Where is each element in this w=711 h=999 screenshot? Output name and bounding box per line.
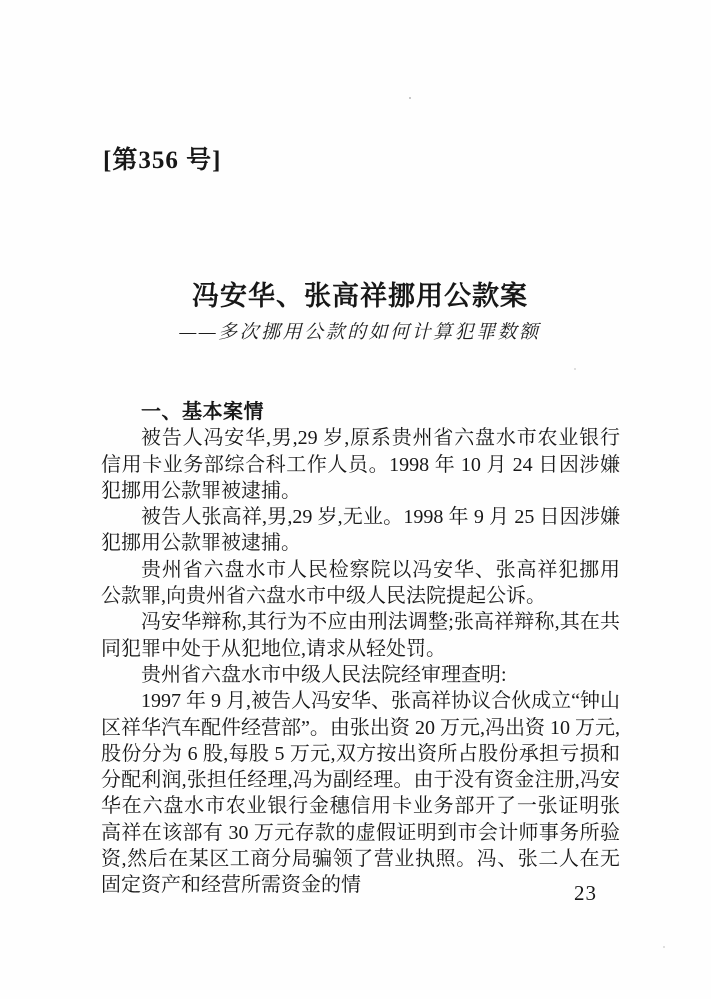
paragraph-prosecution: 贵州省六盘水市人民检察院以冯安华、张高祥犯挪用公款罪,向贵州省六盘水市中级人民法… <box>101 557 620 610</box>
case-number-label: [第356 号] <box>103 140 221 176</box>
scan-speck <box>663 946 665 948</box>
paragraph-defendant-feng: 被告人冯安华,男,29 岁,原系贵州省六盘水市农业银行信用卡业务部综合科工作人员… <box>101 425 620 504</box>
case-title: 冯安华、张高祥挪用公款案 <box>100 280 620 312</box>
scan-speck <box>409 97 411 99</box>
title-block: 冯安华、张高祥挪用公款案 ——多次挪用公款的如何计算犯罪数额 <box>100 280 620 345</box>
page-number: 23 <box>574 881 597 906</box>
case-subtitle: ——多次挪用公款的如何计算犯罪数额 <box>100 321 620 345</box>
scan-speck <box>574 368 576 370</box>
paragraph-court-findings-intro: 贵州省六盘水市中级人民法院经审理查明: <box>101 662 620 688</box>
body-text: 一、基本案情 被告人冯安华,男,29 岁,原系贵州省六盘水市农业银行信用卡业务部… <box>101 399 620 899</box>
section-heading: 一、基本案情 <box>101 399 620 425</box>
document-page: [第356 号] 冯安华、张高祥挪用公款案 ——多次挪用公款的如何计算犯罪数额 … <box>0 0 711 999</box>
paragraph-facts-partnership: 1997 年 9 月,被告人冯安华、张高祥协议合伙成立“钟山区祥华汽车配件经营部… <box>101 688 620 898</box>
paragraph-defense-claims: 冯安华辩称,其行为不应由刑法调整;张高祥辩称,其在共同犯罪中处于从犯地位,请求从… <box>101 609 620 662</box>
paragraph-defendant-zhang: 被告人张高祥,男,29 岁,无业。1998 年 9 月 25 日因涉嫌犯挪用公款… <box>101 504 620 557</box>
